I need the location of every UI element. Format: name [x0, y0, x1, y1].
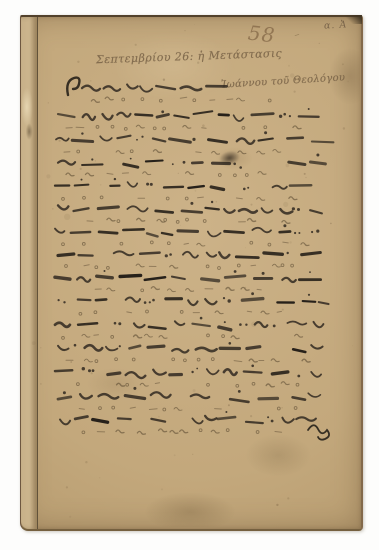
- manuscript-photo: 58 – α. Ἀ Σεπτεμβρίου 26: ἡ Μετάστασις Ἰ…: [0, 0, 379, 550]
- notation-strokes: [0, 0, 379, 550]
